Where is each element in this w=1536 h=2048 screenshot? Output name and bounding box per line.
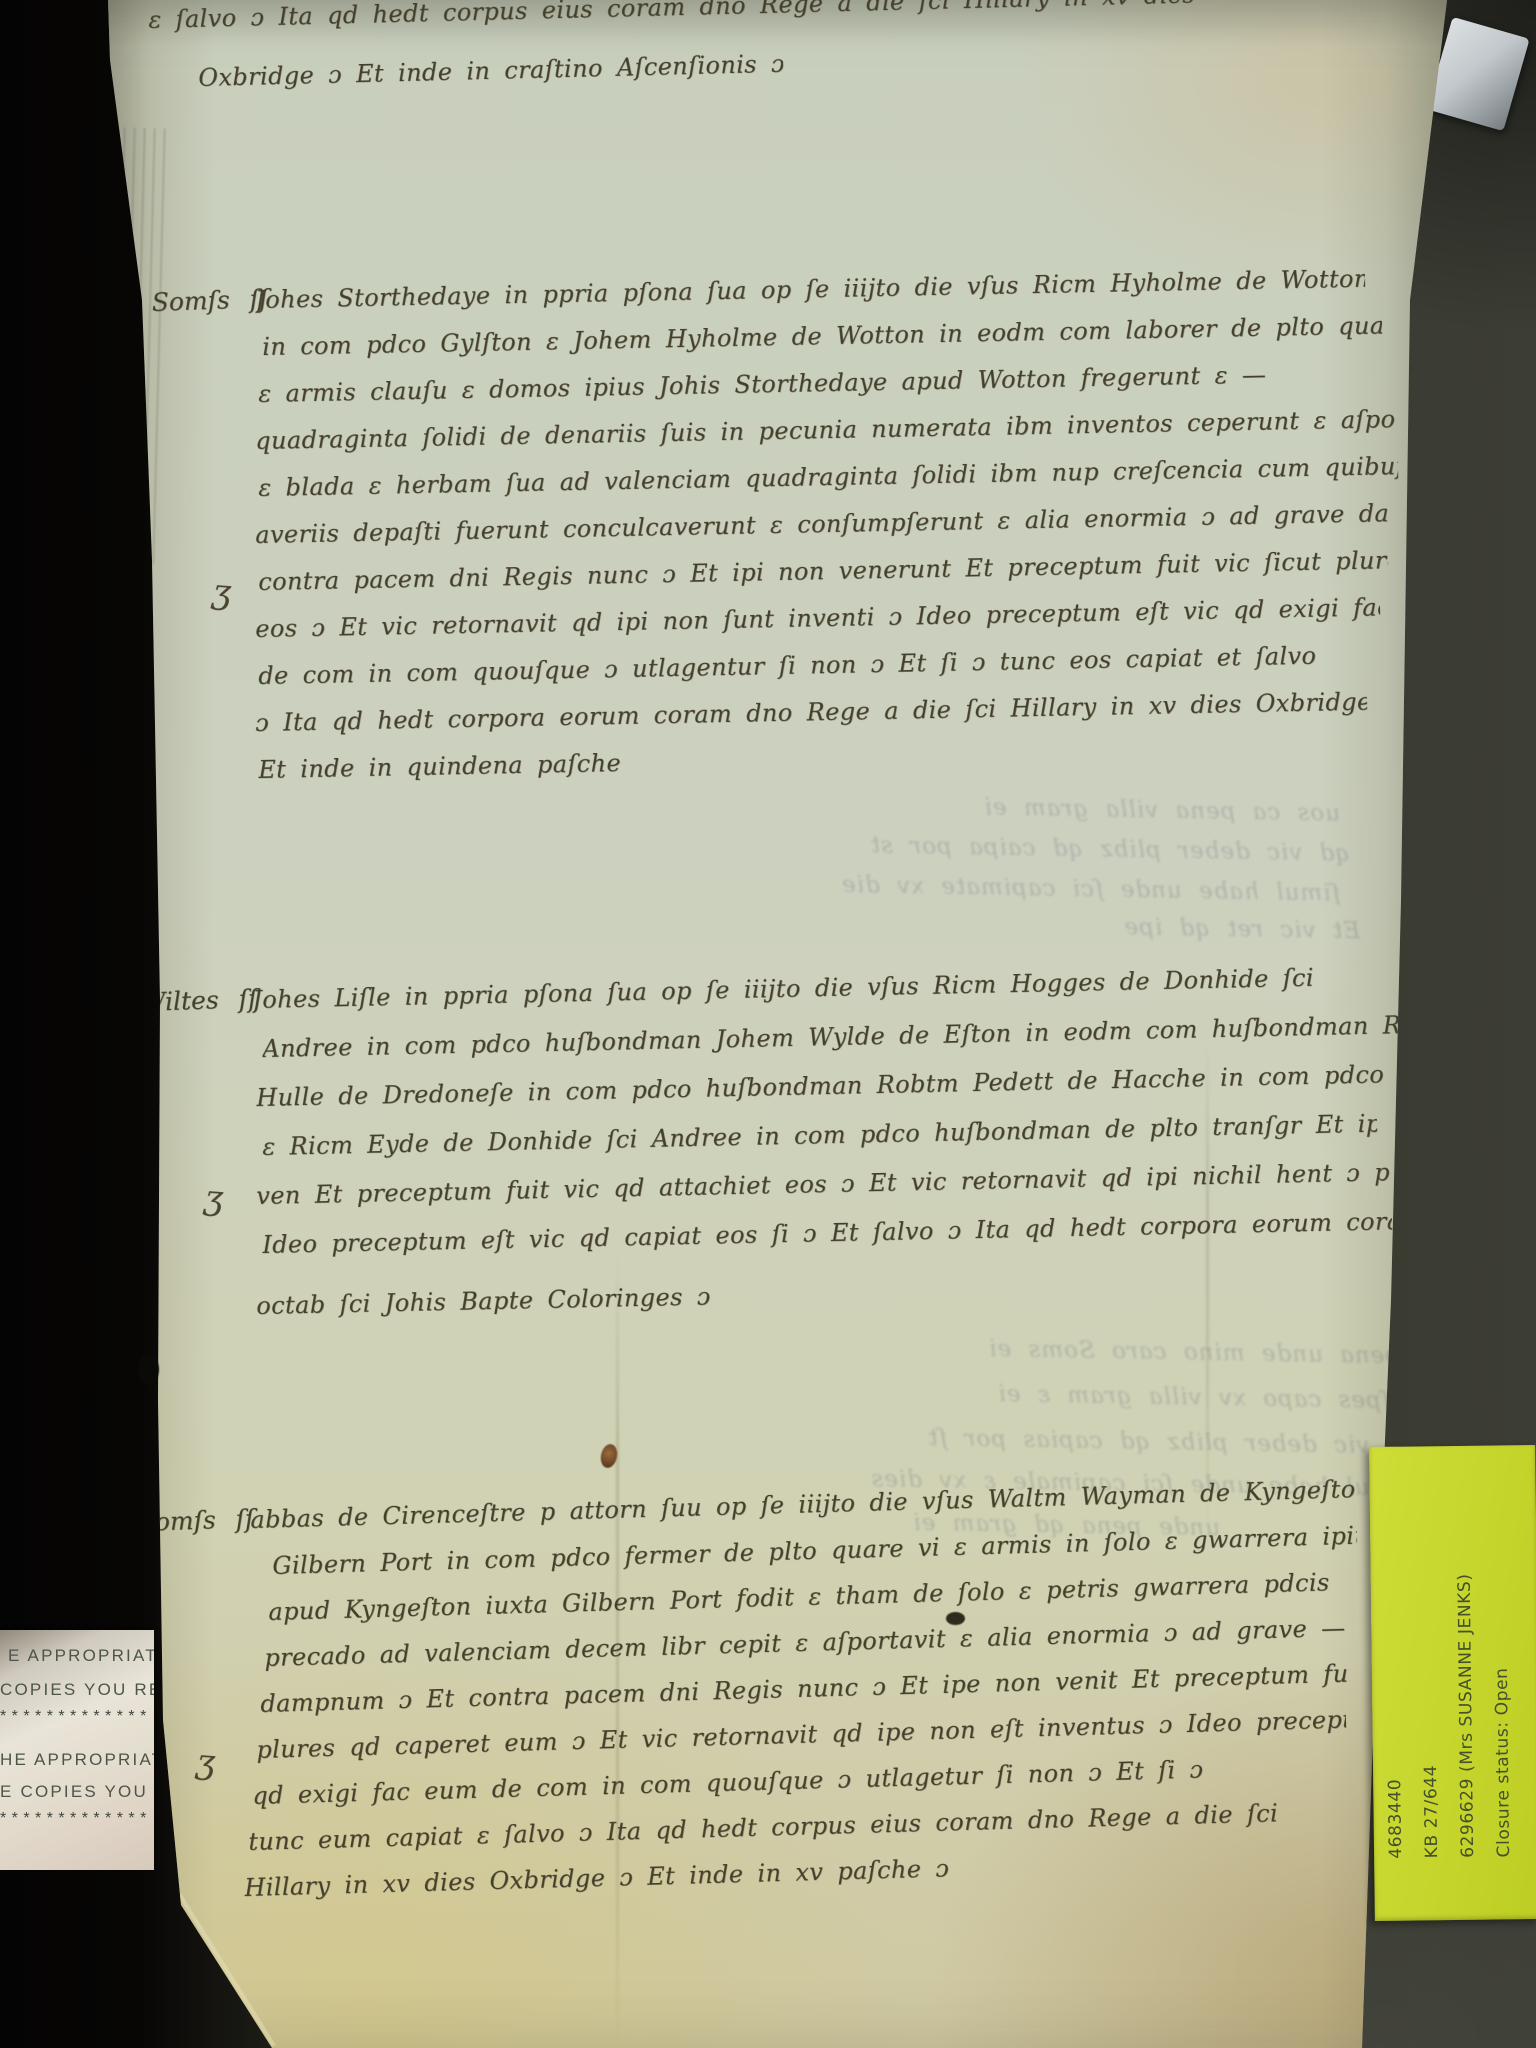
parchment-edge-hole: [138, 1354, 159, 1385]
ink-blot: [946, 1612, 965, 1625]
label-closure-status: Closure status: Open: [1481, 1451, 1522, 1857]
copy-instruction-slip: E APPROPRIATE COPIES YOU RE * * * * * * …: [0, 1630, 154, 1870]
label-order-number: 6296629 (Mrs SUSANNE JENKS): [1445, 1452, 1486, 1858]
reference-label-text: 4683440 KB 27/644 6296629 (Mrs SUSANNE J…: [1373, 1451, 1528, 1859]
slip-asterisk-row: * * * * * * * * * * * * *: [0, 1708, 147, 1726]
slip-text: COPIES YOU RE: [0, 1680, 154, 1700]
manuscript-line: octab ſci Johis Bapte Coloringes ɔ: [256, 1281, 777, 1338]
manuscript-line: ɛ ſalvo ɔ Ita qd hedt corpus eius coram …: [148, 0, 1361, 52]
marginal-mark: ʒ: [211, 571, 233, 612]
slip-text: E APPROPRIATE: [8, 1646, 154, 1666]
slip-text: HE APPROPRIATE: [0, 1750, 154, 1770]
marginal-mark: ʒ: [203, 1177, 225, 1218]
membrane-stack-edges: [112, 127, 169, 564]
label-document-reference: KB 27/644: [1409, 1452, 1450, 1858]
label-barcode-number: 4683440: [1373, 1453, 1414, 1859]
county-margin-heading: Wiltes ſſ: [139, 984, 258, 1032]
parchment-membrane: uos ca pena villa gram eiqd vic deber pl…: [0, 0, 1536, 2048]
manuscript-line: Oxbridge ɔ Et inde in craſtino Aſcenſion…: [198, 50, 784, 110]
slip-text: E COPIES YOU RE: [0, 1782, 154, 1802]
archive-reference-label: 4683440 KB 27/644 6296629 (Mrs SUSANNE J…: [1369, 1445, 1536, 1921]
archive-photo: uos ca pena villa gram eiqd vic deber pl…: [0, 0, 1536, 2048]
manuscript-line: Et inde in quindena paſche ɔ: [258, 749, 629, 802]
marginal-mark: ʒ: [195, 1741, 217, 1782]
show-through-line: Et vic ret qd ipe: [980, 912, 1361, 959]
county-margin-heading: Somſs ſſ: [151, 284, 269, 332]
county-margin-heading: Somſs ſſ: [137, 1504, 255, 1552]
slip-asterisk-row: * * * * * * * * * * * * *: [0, 1810, 147, 1828]
show-through-line: pena unde mino caro Soms ei: [700, 1331, 1401, 1383]
